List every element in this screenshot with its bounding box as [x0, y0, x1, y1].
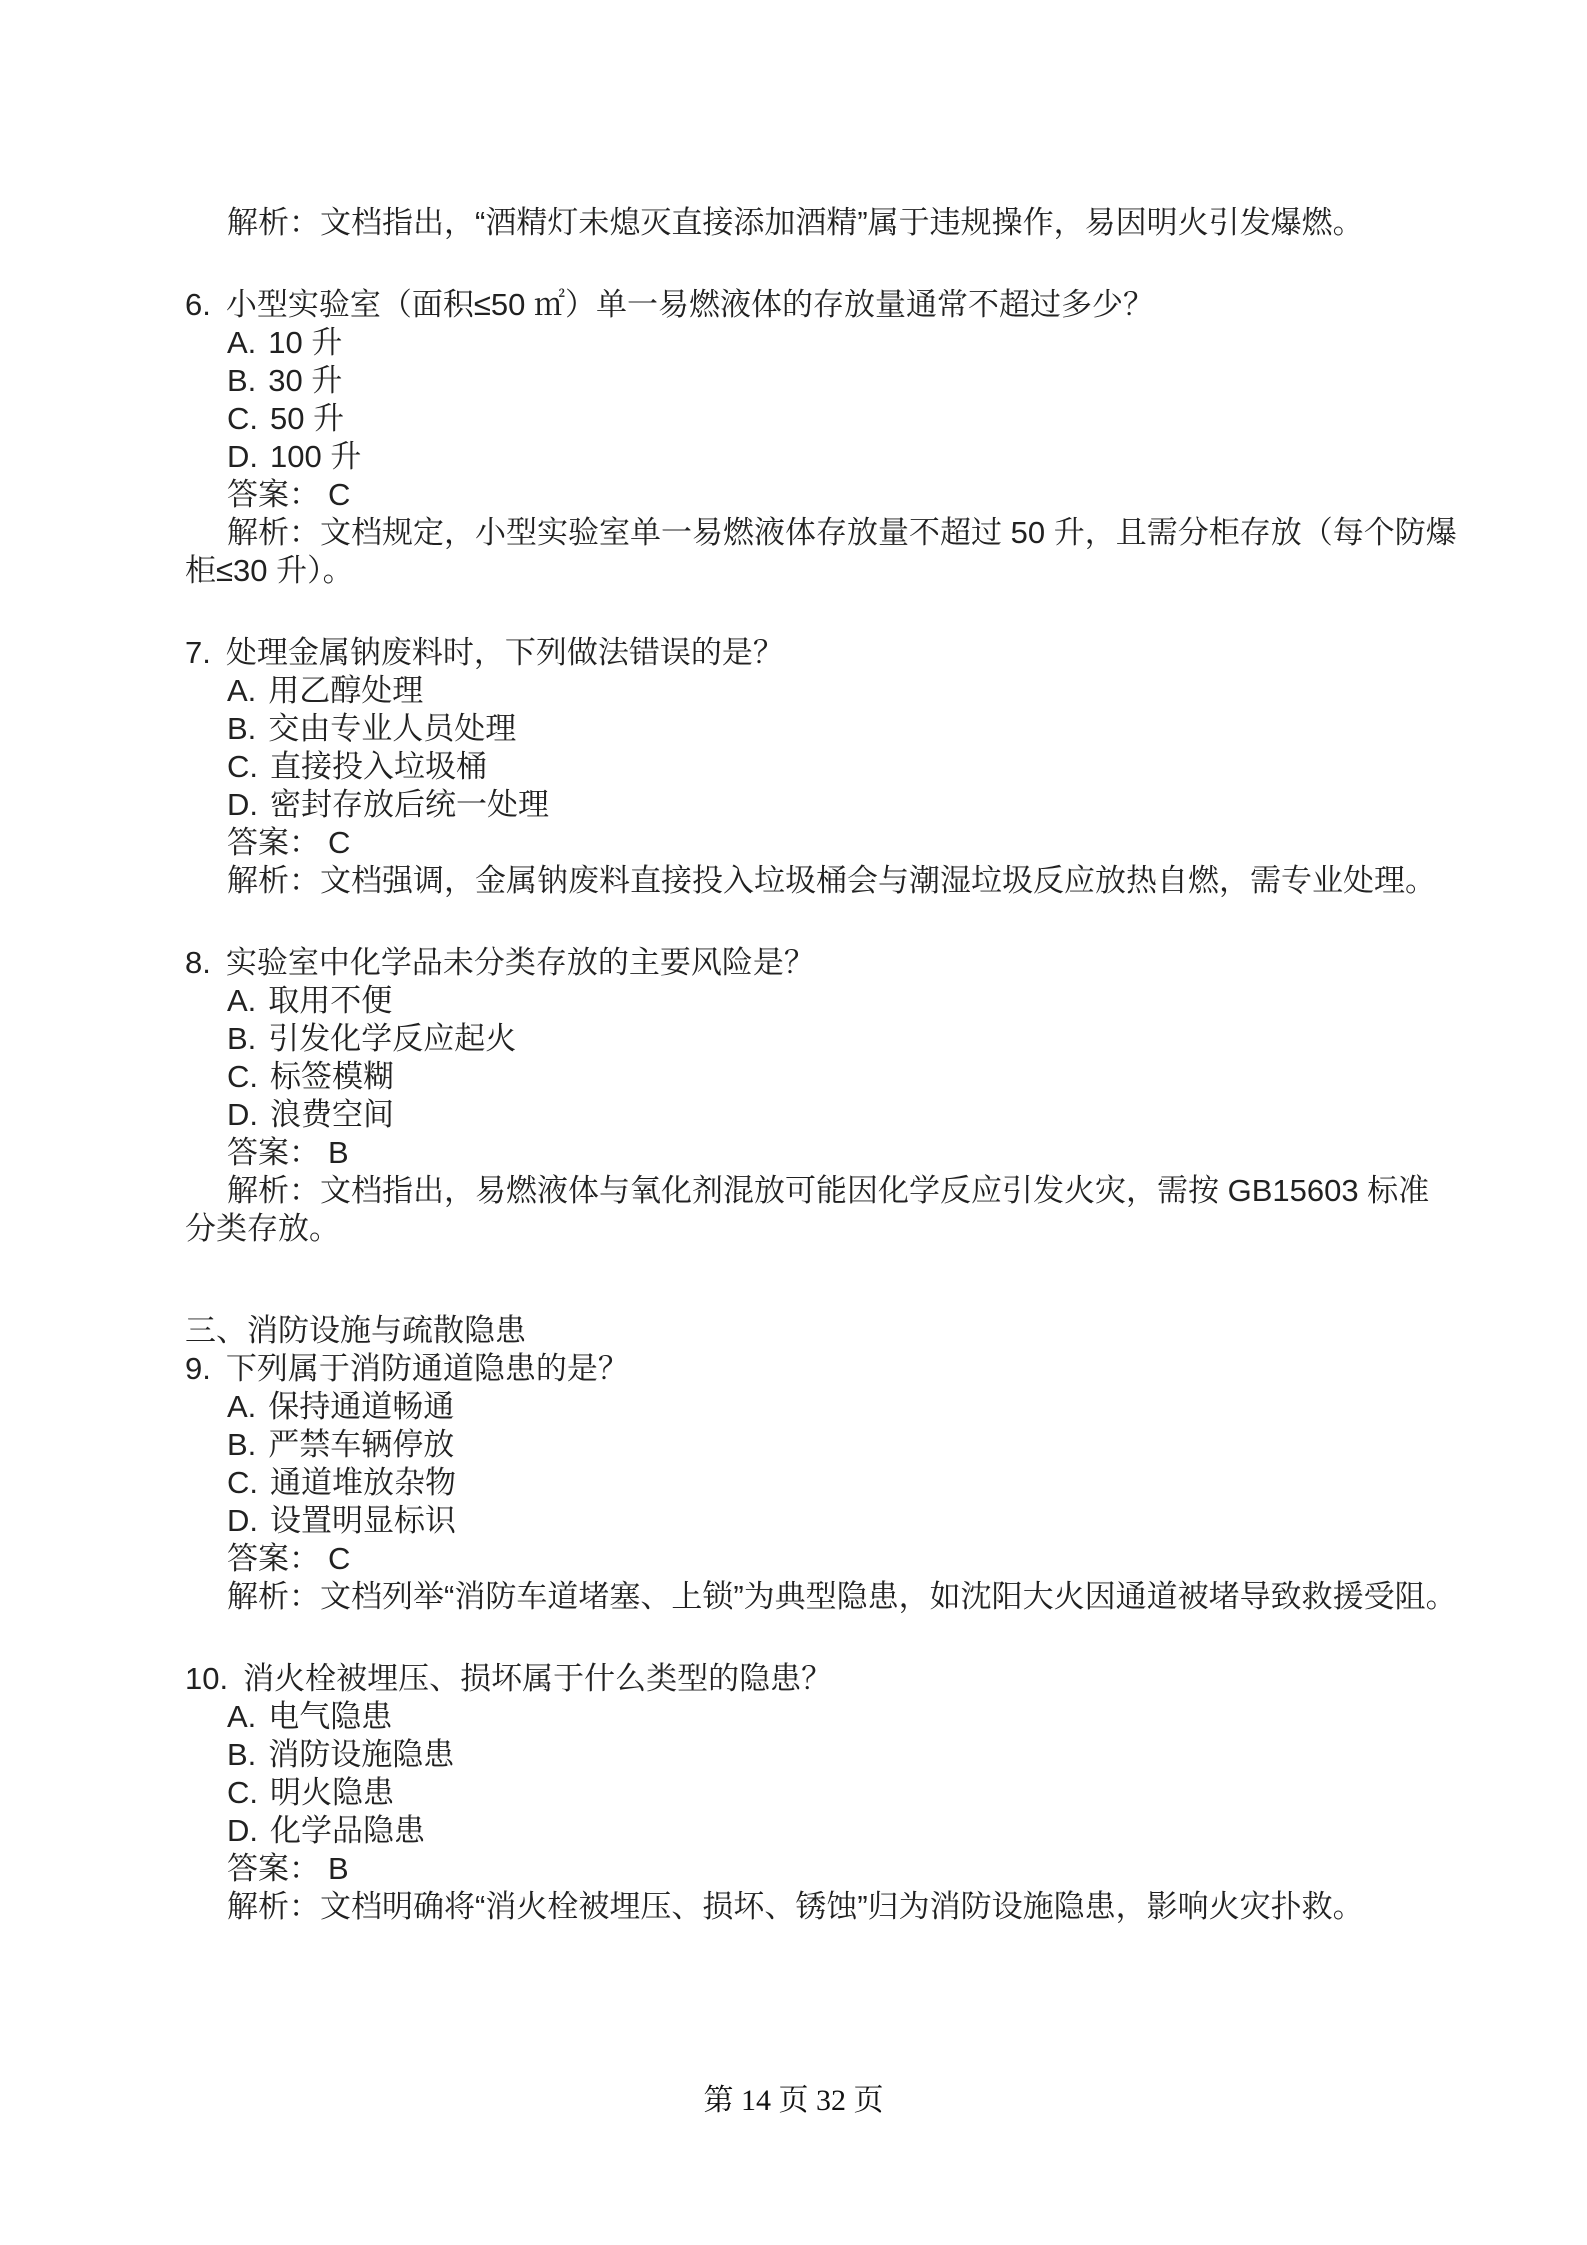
- option-item: D.浪费空间: [185, 1096, 1459, 1134]
- option-text: 100 升: [270, 439, 361, 474]
- option-item: A.取用不便: [185, 982, 1459, 1020]
- option-text: 取用不便: [268, 983, 392, 1018]
- option-item: D.化学品隐患: [185, 1812, 1459, 1850]
- answer-line: 答案：C: [185, 476, 1459, 514]
- question-number: 10.: [185, 1661, 228, 1696]
- explanation-text: 文档指出，“酒精灯未熄灭直接添加酒精”属于违规操作，易因明火引发爆燃。: [320, 205, 1364, 240]
- option-label: A.: [227, 673, 256, 708]
- option-label: B.: [227, 1427, 256, 1462]
- option-item: C.直接投入垃圾桶: [185, 748, 1459, 786]
- option-text: 浪费空间: [270, 1097, 394, 1132]
- option-item: C.50 升: [185, 400, 1459, 438]
- option-item: B.交由专业人员处理: [185, 710, 1459, 748]
- option-label: B.: [227, 711, 256, 746]
- option-label: D.: [227, 1503, 258, 1538]
- explanation-label: 解析：: [227, 1173, 320, 1208]
- explanation-line: 解析：文档列举“消防车道堵塞、上锁”为典型隐患，如沈阳大火因通道被堵导致救援受阻…: [185, 1578, 1459, 1616]
- option-item: D.100 升: [185, 438, 1459, 476]
- answer-label: 答案：: [227, 825, 320, 860]
- option-item: C.标签模糊: [185, 1058, 1459, 1096]
- option-label: D.: [227, 787, 258, 822]
- option-item: B.引发化学反应起火: [185, 1020, 1459, 1058]
- question-title: 9.下列属于消防通道隐患的是？: [185, 1350, 1459, 1388]
- option-label: C.: [227, 1775, 258, 1810]
- option-text: 电气隐患: [268, 1699, 392, 1734]
- answer-line: 答案：C: [185, 1540, 1459, 1578]
- option-item: D.设置明显标识: [185, 1502, 1459, 1540]
- answer-line: 答案：C: [185, 824, 1459, 862]
- answer-value: C: [328, 477, 350, 512]
- option-label: B.: [227, 1021, 256, 1056]
- option-label: A.: [227, 1389, 256, 1424]
- option-text: 通道堆放杂物: [270, 1465, 456, 1500]
- answer-label: 答案：: [227, 1851, 320, 1886]
- question-number: 6.: [185, 287, 211, 322]
- option-text: 直接投入垃圾桶: [270, 749, 487, 784]
- option-text: 引发化学反应起火: [268, 1021, 516, 1056]
- option-label: B.: [227, 363, 256, 398]
- option-item: C.明火隐患: [185, 1774, 1459, 1812]
- question-number: 7.: [185, 635, 211, 670]
- explanation-line: 解析：文档强调，金属钠废料直接投入垃圾桶会与潮湿垃圾反应放热自燃，需专业处理。: [185, 862, 1459, 900]
- question-text: 小型实验室（面积≤50 ㎡）单一易燃液体的存放量通常不超过多少？: [226, 287, 1154, 322]
- option-text: 用乙醇处理: [268, 673, 423, 708]
- answer-label: 答案：: [227, 1135, 320, 1170]
- answer-value: C: [328, 825, 350, 860]
- option-text: 设置明显标识: [270, 1503, 456, 1538]
- explanation-label: 解析：: [227, 515, 320, 550]
- question-7: 7.处理金属钠废料时，下列做法错误的是？ A.用乙醇处理 B.交由专业人员处理 …: [185, 634, 1459, 900]
- question-6: 6.小型实验室（面积≤50 ㎡）单一易燃液体的存放量通常不超过多少？ A.10 …: [185, 286, 1459, 590]
- answer-value: B: [328, 1135, 349, 1170]
- option-text: 10 升: [268, 325, 342, 360]
- option-item: D.密封存放后统一处理: [185, 786, 1459, 824]
- question-8: 8.实验室中化学品未分类存放的主要风险是？ A.取用不便 B.引发化学反应起火 …: [185, 944, 1459, 1248]
- section-heading: 三、消防设施与疏散隐患: [185, 1312, 1459, 1350]
- question-text: 实验室中化学品未分类存放的主要风险是？: [226, 945, 815, 980]
- question-text: 消火栓被埋压、损坏属于什么类型的隐患？: [243, 1661, 832, 1696]
- option-label: C.: [227, 1465, 258, 1500]
- carryover-explanation-line: 解析：文档指出，“酒精灯未熄灭直接添加酒精”属于违规操作，易因明火引发爆燃。: [185, 204, 1459, 242]
- answer-line: 答案：B: [185, 1134, 1459, 1172]
- explanation-label: 解析：: [227, 1579, 320, 1614]
- answer-line: 答案：B: [185, 1850, 1459, 1888]
- explanation-label: 解析：: [227, 1889, 320, 1924]
- explanation-line: 解析：文档指出，易燃液体与氧化剂混放可能因化学反应引发火灾，需按 GB15603…: [185, 1172, 1459, 1248]
- explanation-text: 文档强调，金属钠废料直接投入垃圾桶会与潮湿垃圾反应放热自燃，需专业处理。: [320, 863, 1436, 898]
- option-text: 50 升: [270, 401, 344, 436]
- explanation-text: 文档明确将“消火栓被埋压、损坏、锈蚀”归为消防设施隐患，影响火灾扑救。: [320, 1889, 1364, 1924]
- option-label: D.: [227, 1097, 258, 1132]
- option-item: A.用乙醇处理: [185, 672, 1459, 710]
- question-text: 下列属于消防通道隐患的是？: [226, 1351, 629, 1386]
- option-item: A.保持通道畅通: [185, 1388, 1459, 1426]
- explanation-line: 解析：文档规定，小型实验室单一易燃液体存放量不超过 50 升，且需分柜存放（每个…: [185, 514, 1459, 590]
- option-text: 明火隐患: [270, 1775, 394, 1810]
- explanation-text: 文档指出，易燃液体与氧化剂混放可能因化学反应引发火灾，需按 GB15603 标准…: [185, 1173, 1429, 1246]
- answer-value: C: [328, 1541, 350, 1576]
- option-text: 严禁车辆停放: [268, 1427, 454, 1462]
- question-number: 8.: [185, 945, 211, 980]
- option-label: C.: [227, 401, 258, 436]
- option-label: C.: [227, 749, 258, 784]
- answer-value: B: [328, 1851, 349, 1886]
- option-item: B.30 升: [185, 362, 1459, 400]
- option-label: C.: [227, 1059, 258, 1094]
- option-text: 化学品隐患: [270, 1813, 425, 1848]
- option-text: 消防设施隐患: [268, 1737, 454, 1772]
- option-label: D.: [227, 439, 258, 474]
- option-item: A.电气隐患: [185, 1698, 1459, 1736]
- question-title: 6.小型实验室（面积≤50 ㎡）单一易燃液体的存放量通常不超过多少？: [185, 286, 1459, 324]
- page-content: 解析：文档指出，“酒精灯未熄灭直接添加酒精”属于违规操作，易因明火引发爆燃。 6…: [0, 0, 1587, 1926]
- question-10: 10.消火栓被埋压、损坏属于什么类型的隐患？ A.电气隐患 B.消防设施隐患 C…: [185, 1660, 1459, 1926]
- question-title: 8.实验室中化学品未分类存放的主要风险是？: [185, 944, 1459, 982]
- document-page: { "document": { "carryover_explanation":…: [0, 0, 1587, 2245]
- question-number: 9.: [185, 1351, 211, 1386]
- question-text: 处理金属钠废料时，下列做法错误的是？: [226, 635, 784, 670]
- explanation-text: 文档规定，小型实验室单一易燃液体存放量不超过 50 升，且需分柜存放（每个防爆柜…: [185, 515, 1457, 588]
- option-text: 交由专业人员处理: [268, 711, 516, 746]
- explanation-label: 解析：: [227, 863, 320, 898]
- option-item: C.通道堆放杂物: [185, 1464, 1459, 1502]
- option-item: B.消防设施隐患: [185, 1736, 1459, 1774]
- option-label: B.: [227, 1737, 256, 1772]
- option-label: A.: [227, 1699, 256, 1734]
- option-text: 密封存放后统一处理: [270, 787, 549, 822]
- answer-label: 答案：: [227, 1541, 320, 1576]
- question-title: 10.消火栓被埋压、损坏属于什么类型的隐患？: [185, 1660, 1459, 1698]
- question-9: 9.下列属于消防通道隐患的是？ A.保持通道畅通 B.严禁车辆停放 C.通道堆放…: [185, 1350, 1459, 1616]
- explanation-line: 解析：文档明确将“消火栓被埋压、损坏、锈蚀”归为消防设施隐患，影响火灾扑救。: [185, 1888, 1459, 1926]
- option-label: A.: [227, 325, 256, 360]
- page-footer: 第 14 页 32 页: [0, 2082, 1587, 2120]
- option-label: A.: [227, 983, 256, 1018]
- question-title: 7.处理金属钠废料时，下列做法错误的是？: [185, 634, 1459, 672]
- explanation-label: 解析：: [227, 205, 320, 240]
- option-text: 标签模糊: [270, 1059, 394, 1094]
- answer-label: 答案：: [227, 477, 320, 512]
- explanation-text: 文档列举“消防车道堵塞、上锁”为典型隐患，如沈阳大火因通道被堵导致救援受阻。: [320, 1579, 1457, 1614]
- option-label: D.: [227, 1813, 258, 1848]
- option-item: A.10 升: [185, 324, 1459, 362]
- option-item: B.严禁车辆停放: [185, 1426, 1459, 1464]
- option-text: 30 升: [268, 363, 342, 398]
- option-text: 保持通道畅通: [268, 1389, 454, 1424]
